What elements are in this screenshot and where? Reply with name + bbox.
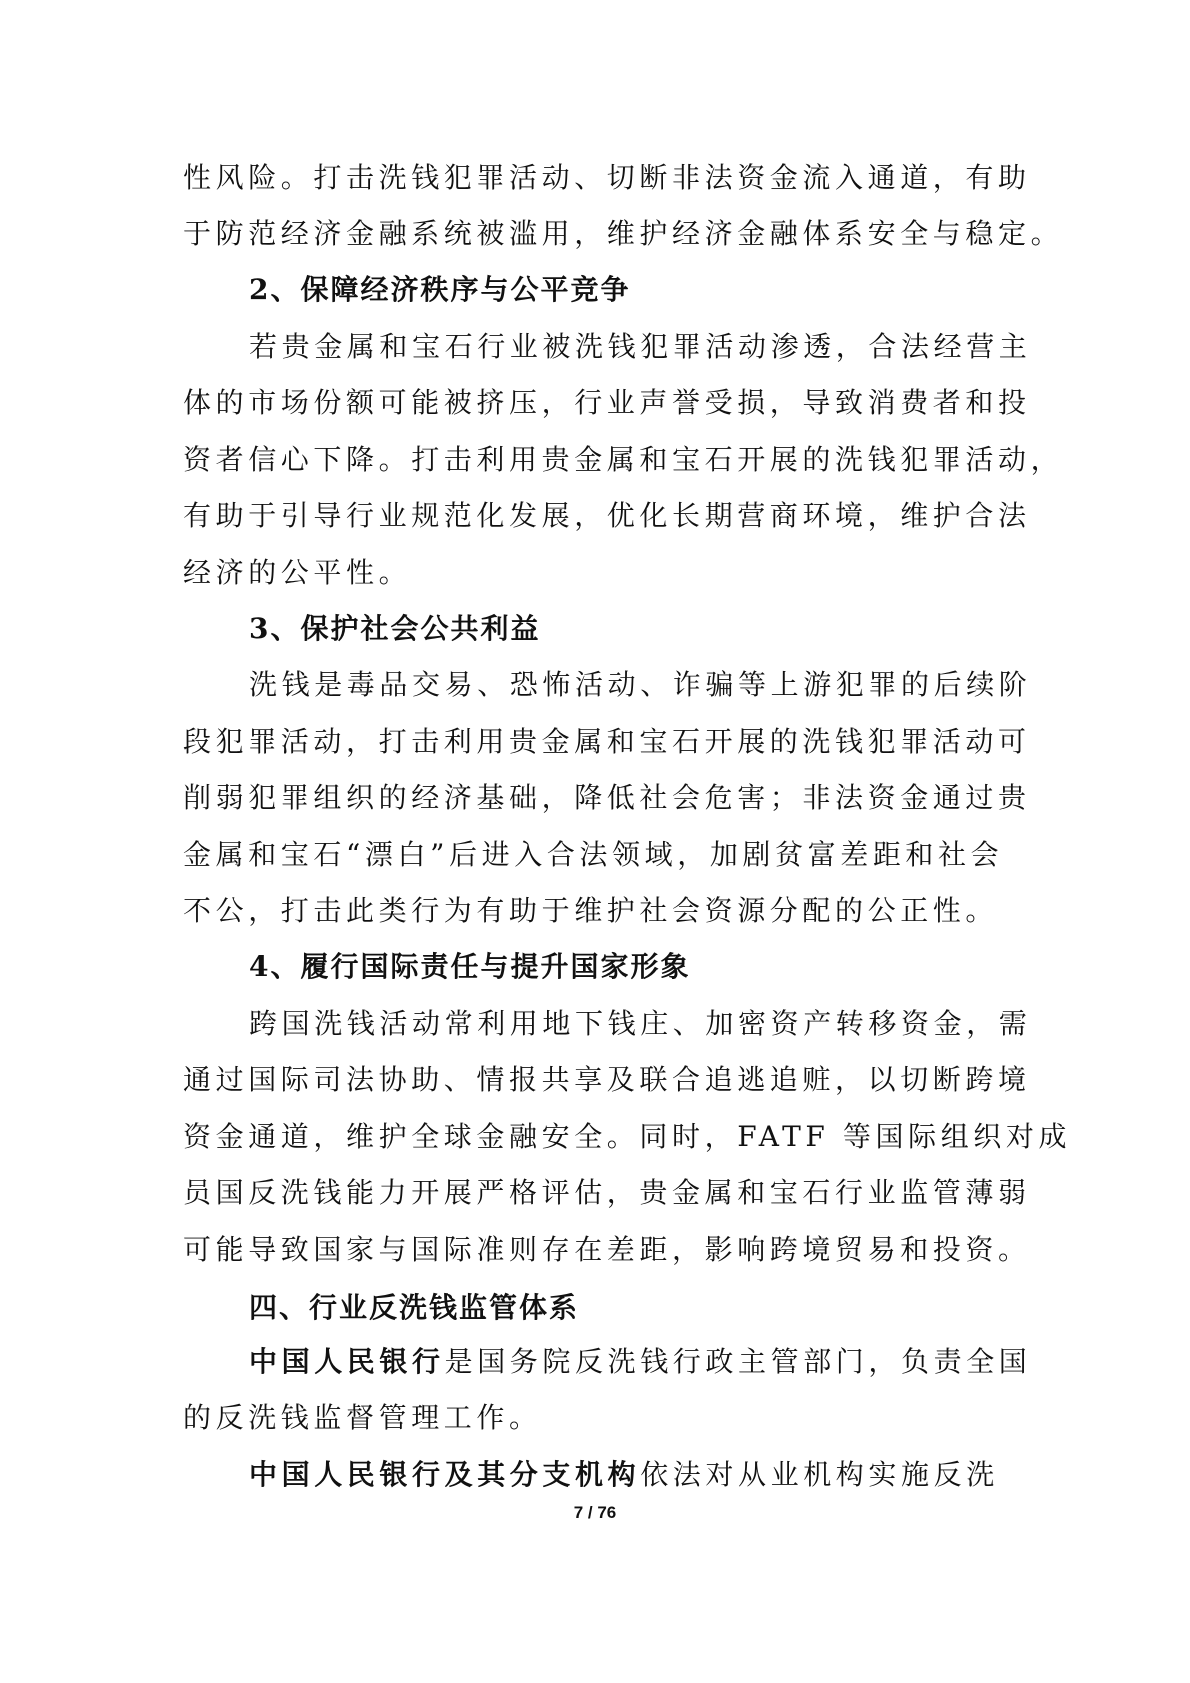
text-line: 段犯罪活动，打击利用贵金属和宝石开展的洗钱犯罪活动可	[183, 722, 1013, 762]
text-line: 员国反洗钱能力开展严格评估，贵金属和宝石行业监管薄弱	[183, 1173, 1013, 1213]
paragraph-text: 依法对从业机构实施反洗	[640, 1458, 999, 1491]
section-heading: 四、行业反洗钱监管体系	[249, 1288, 1079, 1328]
paragraph-pboc-continued: 的反洗钱监督管理工作。	[183, 1398, 1013, 1438]
subheading: 3、保护社会公共利益	[249, 609, 1079, 649]
text-line: 经济的公平性。	[183, 553, 1013, 593]
text-line: 通过国际司法协助、情报共享及联合追逃追赃，以切断跨境	[183, 1060, 1013, 1100]
paragraph-pboc: 中国人民银行是国务院反洗钱行政主管部门，负责全国	[249, 1342, 1079, 1382]
text-line: 于防范经济金融系统被滥用，维护经济金融体系安全与稳定。	[183, 214, 1013, 254]
text-line: 体的市场份额可能被挤压，行业声誉受损，导致消费者和投	[183, 383, 1013, 423]
text-line: 不公，打击此类行为有助于维护社会资源分配的公正性。	[183, 891, 1013, 931]
text-line: 跨国洗钱活动常利用地下钱庄、加密资产转移资金，需	[249, 1004, 1079, 1044]
text-line: 可能导致国家与国际准则存在差距，影响跨境贸易和投资。	[183, 1230, 1013, 1270]
subheading: 2、保障经济秩序与公平竞争	[249, 270, 1079, 310]
paragraph-text: 是国务院反洗钱行政主管部门，负责全国	[445, 1345, 1032, 1378]
text-line: 资金通道，维护全球金融安全。同时，FATF 等国际组织对成	[183, 1117, 1013, 1157]
text-line: 有助于引导行业规范化发展，优化长期营商环境，维护合法	[183, 496, 1013, 536]
text-line: 金属和宝石“漂白”后进入合法领域，加剧贫富差距和社会	[183, 835, 1013, 875]
bold-term-pboc: 中国人民银行	[249, 1345, 445, 1378]
bold-term-branches: 中国人民银行及其分支机构	[249, 1458, 640, 1491]
page-number: 7 / 76	[0, 1503, 1190, 1523]
text-line: 性风险。打击洗钱犯罪活动、切断非法资金流入通道，有助	[183, 158, 1013, 198]
text-line: 资者信心下降。打击利用贵金属和宝石开展的洗钱犯罪活动，	[183, 440, 1013, 480]
text-line: 若贵金属和宝石行业被洗钱犯罪活动渗透，合法经营主	[249, 327, 1079, 367]
text-line: 削弱犯罪组织的经济基础，降低社会危害；非法资金通过贵	[183, 778, 1013, 818]
subheading: 4、履行国际责任与提升国家形象	[249, 947, 1079, 987]
paragraph-branches: 中国人民银行及其分支机构依法对从业机构实施反洗	[249, 1455, 1079, 1495]
text-line: 洗钱是毒品交易、恐怖活动、诈骗等上游犯罪的后续阶	[249, 665, 1079, 705]
